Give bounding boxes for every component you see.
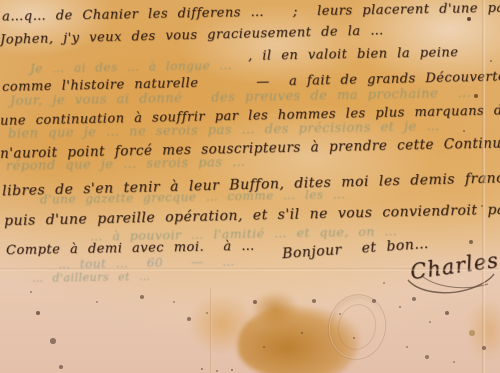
handwriting-line-3: , il en valoit bien la peine <box>248 46 459 63</box>
closing-bonjour: Bonjour et bon… <box>282 237 430 261</box>
handwriting-line-1: a…q… de Chanier les differens … ; leurs … <box>2 0 500 23</box>
manuscript-photo: a…q… de Chanier les differens … ; leurs … <box>0 0 500 373</box>
fold-crease-vertical-bottom <box>210 288 212 373</box>
handwriting-line-17: … d'ailleurs et … <box>32 271 151 284</box>
handwriting-line-12: d'une gazette grecque … comme … les … <box>40 188 346 205</box>
embossed-seal-inner-ring <box>334 301 381 354</box>
handwriting-line-2: Jophen, j'y veux des vous gracieusement … <box>0 24 384 46</box>
ink-specks <box>0 0 2 2</box>
handwriting-line-10: répond que je … serois pas … <box>6 156 246 173</box>
handwriting-line-4: Je … ai des … à longue … <box>30 59 232 75</box>
fold-crease-horizontal <box>0 268 500 271</box>
fold-crease-vertical-right <box>482 0 485 373</box>
